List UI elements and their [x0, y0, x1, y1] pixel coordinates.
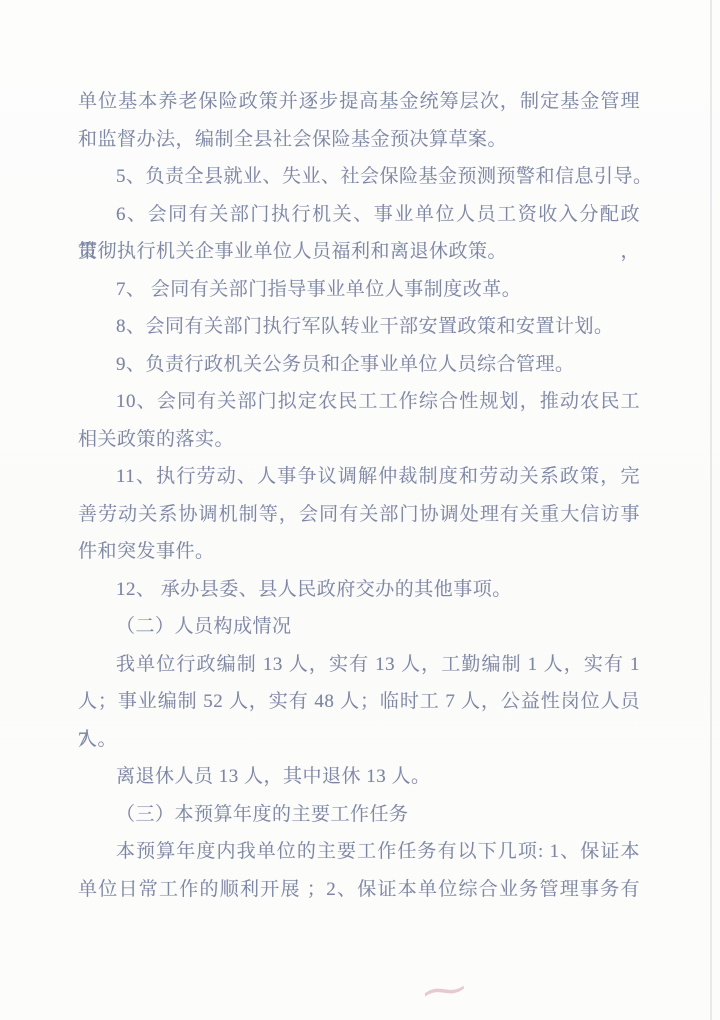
scan-edge-line	[710, 0, 712, 1020]
document-line: 离退休人员 13 人，其中退休 13 人。	[78, 758, 640, 796]
document-line: 单位基本养老保险政策并逐步提高基金统筹层次，制定基金管理	[78, 83, 640, 121]
document-line: 10、会同有关部门拟定农民工工作综合性规划，推动农民工	[78, 383, 640, 421]
document-line: 11、执行劳动、人事争议调解仲裁制度和劳动关系政策，完	[78, 458, 640, 496]
document-line: 善劳动关系协调机制等，会同有关部门协调处理有关重大信访事	[78, 496, 640, 534]
document-text-block: 单位基本养老保险政策并逐步提高基金统筹层次，制定基金管理 和监督办法，编制全县社…	[78, 83, 640, 908]
handwritten-squiggle-mark: ~	[415, 963, 473, 1017]
document-line: 和监督办法，编制全县社会保险基金预决算草案。	[78, 121, 640, 159]
document-line: 7、 会同有关部门指导事业单位人事制度改革。	[78, 271, 640, 309]
document-line: 人。	[78, 721, 640, 759]
document-line: 12、 承办县委、县人民政府交办的其他事项。	[78, 571, 640, 609]
document-line: 我单位行政编制 13 人，实有 13 人，工勤编制 1 人，实有 1	[78, 646, 640, 684]
document-line: 件和突发事件。	[78, 533, 640, 571]
document-line: 5、负责全县就业、失业、社会保险基金预测预警和信息引导。	[78, 158, 640, 196]
document-line: 单位日常工作的顺利开展 ；2、保证本单位综合业务管理事务有	[78, 871, 640, 909]
document-line: 8、会同有关部门执行军队转业干部安置政策和安置计划。	[78, 308, 640, 346]
section-heading-personnel: （二）人员构成情况	[78, 608, 640, 646]
document-line: 9、负责行政机关公务员和企事业单位人员综合管理。	[78, 346, 640, 384]
document-line: 人；事业编制 52 人，实有 48 人；临时工 7 人，公益性岗位人员 7	[78, 683, 640, 721]
document-line: 6、会同有关部门执行机关、事业单位人员工资收入分配政策，	[78, 196, 640, 234]
document-line: 本预算年度内我单位的主要工作任务有以下几项: 1、保证本	[78, 833, 640, 871]
document-line: 相关政策的落实。	[78, 421, 640, 459]
document-page: 单位基本养老保险政策并逐步提高基金统筹层次，制定基金管理 和监督办法，编制全县社…	[0, 0, 720, 1020]
section-heading-tasks: （三）本预算年度的主要工作任务	[78, 796, 640, 834]
